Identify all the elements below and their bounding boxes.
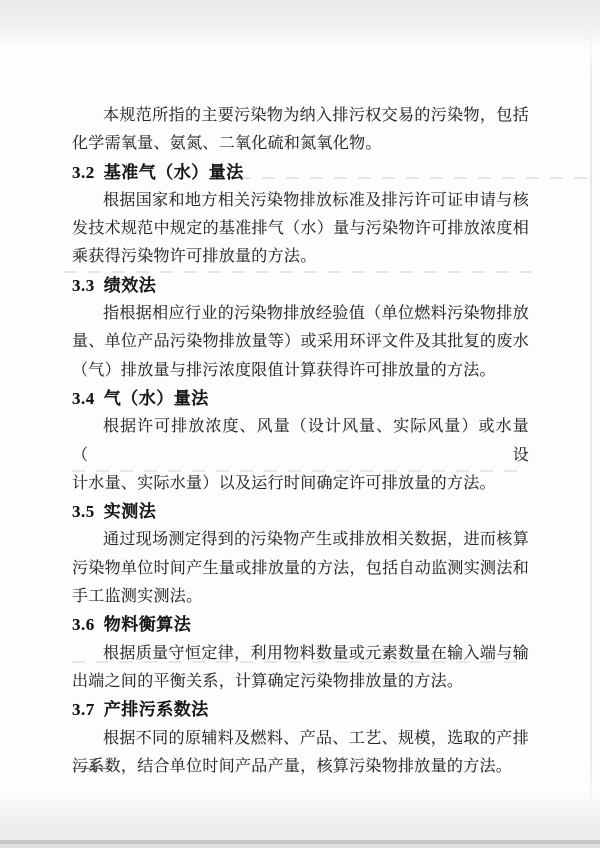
paragraph-line: 污系数，结合单位时间产品产量，核算污染物排放量的方法。: [72, 753, 529, 781]
section-number: 3.4: [72, 389, 95, 408]
intro-paragraph-line: 本规范所指的主要污染物为纳入排污权交易的污染物，包括: [72, 102, 529, 130]
paragraph-line: （气）排放量与排污浓度限值计算获得许可排放量的方法。: [72, 357, 529, 385]
section-number: 3.3: [72, 276, 95, 295]
paragraph-line: 根据质量守恒定律，利用物料数量或元素数量在输入端与输: [72, 640, 529, 668]
section-number: 3.6: [72, 615, 95, 634]
page-number: —4—: [74, 758, 112, 778]
paragraph-line: 出端之间的平衡关系，计算确定污染物排放量的方法。: [72, 668, 529, 696]
scan-edge-right: [590, 28, 592, 814]
intro-paragraph-line: 化学需氧量、氨氮、二氧化硫和氮氧化物。: [72, 130, 529, 158]
paragraph-line: 污染物单位时间产生量或排放量的方法，包括自动监测实测法和: [72, 555, 529, 583]
paragraph-line: 根据不同的原辅料及燃料、产品、工艺、规模，选取的产排: [72, 725, 529, 753]
section-heading-3-2: 3.2基准气（水）量法: [72, 159, 529, 187]
paragraph-line: 计水量、实际水量）以及运行时间确定许可排放量的方法。: [72, 470, 529, 498]
scanned-document-page: 本规范所指的主要污染物为纳入排污权交易的污染物，包括 化学需氧量、氨氮、二氧化硫…: [0, 0, 600, 848]
section-title: 绩效法: [104, 276, 157, 295]
paragraph-line: 手工监测实测法。: [72, 583, 529, 611]
section-title: 基准气（水）量法: [104, 163, 244, 182]
section-title: 物料衡算法: [104, 615, 192, 634]
paragraph-line: 指根据相应行业的污染物排放经验值（单位燃料污染物排放: [72, 300, 529, 328]
paragraph-line: 通过现场测定得到的污染物产生或排放相关数据，进而核算: [72, 526, 529, 554]
scan-edge-top: [0, 0, 600, 50]
section-title: 产排污系数法: [104, 700, 209, 719]
paragraph-line: 发技术规范中规定的基准排气（水）量与污染物许可排放浓度相: [72, 215, 529, 243]
paragraph-line: 根据国家和地方相关污染物排放标准及排污许可证申请与核: [72, 187, 529, 215]
section-number: 3.5: [72, 502, 95, 521]
section-title: 实测法: [104, 502, 157, 521]
section-title: 气（水）量法: [104, 389, 209, 408]
section-number: 3.7: [72, 700, 95, 719]
paragraph-line: 乘获得污染物许可排放量的方法。: [72, 243, 529, 271]
section-heading-3-7: 3.7产排污系数法: [72, 696, 529, 724]
section-heading-3-6: 3.6物料衡算法: [72, 611, 529, 639]
section-heading-3-5: 3.5实测法: [72, 498, 529, 526]
scan-edge-bottom-strip: [0, 844, 600, 848]
section-heading-3-3: 3.3绩效法: [72, 272, 529, 300]
paragraph-line: 根据许可排放浓度、风量（设计风量、实际风量）或水量（设: [72, 413, 529, 470]
document-body: 本规范所指的主要污染物为纳入排污权交易的污染物，包括 化学需氧量、氨氮、二氧化硫…: [72, 102, 529, 781]
section-heading-3-4: 3.4气（水）量法: [72, 385, 529, 413]
paragraph-line: 量、单位产品污染物排放量等）或采用环评文件及其批复的废水: [72, 328, 529, 356]
section-number: 3.2: [72, 163, 95, 182]
